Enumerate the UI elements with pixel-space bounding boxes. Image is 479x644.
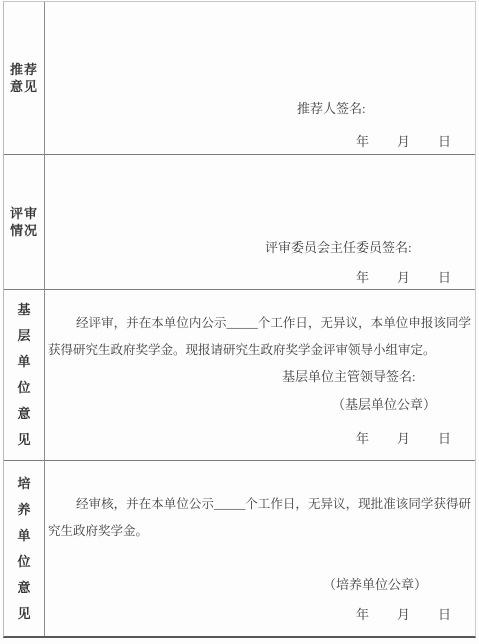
day-label: 日 xyxy=(438,604,451,623)
month-label: 月 xyxy=(397,428,410,447)
day-label: 日 xyxy=(438,267,451,286)
date-line: 年 月 日 xyxy=(356,267,451,286)
year-label: 年 xyxy=(356,604,369,623)
basic-unit-seal-label: （基层单位公章） xyxy=(332,394,436,413)
date-line: 年 月 日 xyxy=(356,428,451,447)
date-line: 年 月 日 xyxy=(356,131,451,150)
section-header-recommendation: 推荐 意见 xyxy=(4,2,45,155)
recommender-signature-label: 推荐人签名: xyxy=(297,98,366,117)
review-form-table: 推荐 意见 推荐人签名: 年 月 日 评审 情况 评审委员会主任委员签名: 年 … xyxy=(3,1,476,638)
section-header-basic-unit-opinion: 基 层 单 位 意 见 xyxy=(4,290,45,461)
year-label: 年 xyxy=(356,131,369,150)
month-label: 月 xyxy=(397,604,410,623)
section-header-review-status: 评审 情况 xyxy=(4,155,45,290)
section-review-status-content: 评审委员会主任委员签名: 年 月 日 xyxy=(45,155,475,290)
month-label: 月 xyxy=(397,131,410,150)
section-recommendation-content: 推荐人签名: 年 月 日 xyxy=(45,2,475,155)
training-unit-seal-label: （培养单位公章） xyxy=(323,574,427,593)
basic-unit-statement-text: 经评审，并在本单位内公示_____个工作日，无异议，本单位申报该同学获得研究生政… xyxy=(48,310,471,364)
date-line: 年 月 日 xyxy=(356,604,451,623)
month-label: 月 xyxy=(397,267,410,286)
section-header-training-unit-opinion: 培 养 单 位 意 见 xyxy=(4,461,45,636)
section-basic-unit-content: 经评审，并在本单位内公示_____个工作日，无异议，本单位申报该同学获得研究生政… xyxy=(45,290,475,461)
basic-unit-leader-signature-label: 基层单位主管领导签名: xyxy=(282,366,416,385)
day-label: 日 xyxy=(438,428,451,447)
committee-chair-signature-label: 评审委员会主任委员签名: xyxy=(265,237,412,256)
year-label: 年 xyxy=(356,428,369,447)
year-label: 年 xyxy=(356,267,369,286)
day-label: 日 xyxy=(438,131,451,150)
section-training-unit-content: 经审核，并在本单位公示_____个工作日，无异议，现批准该同学获得研究生政府奖学… xyxy=(45,461,475,636)
scholarship-review-form-page: 推荐 意见 推荐人签名: 年 月 日 评审 情况 评审委员会主任委员签名: 年 … xyxy=(0,0,479,644)
training-unit-statement-text: 经审核，并在本单位公示_____个工作日，无异议，现批准该同学获得研究生政府奖学… xyxy=(48,491,471,545)
